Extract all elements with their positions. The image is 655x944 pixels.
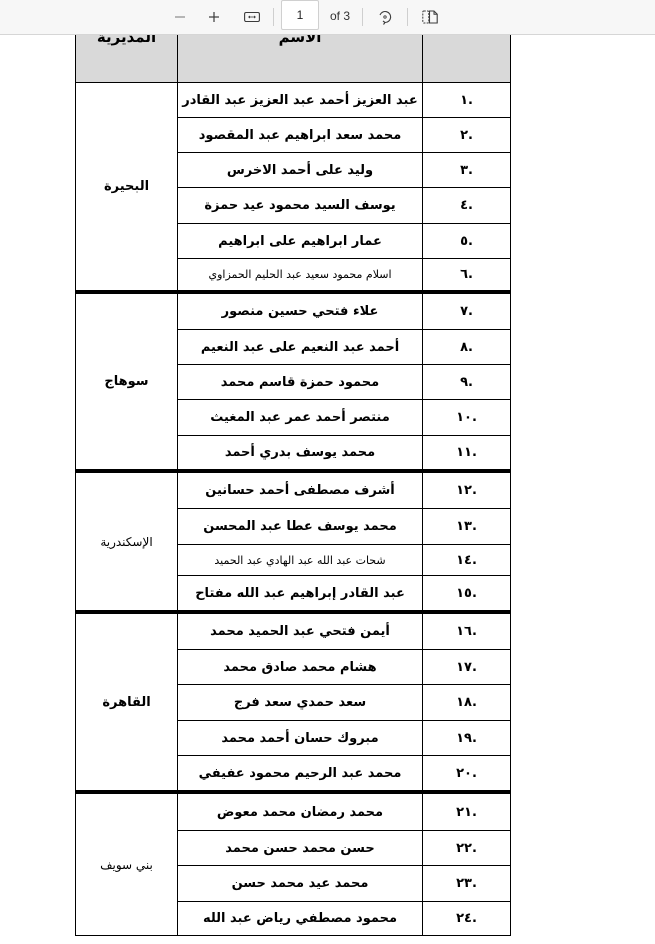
toolbar-divider	[407, 8, 408, 26]
name-cell: محمد يوسف بدري أحمد	[178, 436, 423, 469]
table-row: اسلام محمود سعيد عبد الحليم الحمزاوي.٦	[178, 259, 510, 290]
table-row: محمد عبد الرحيم محمود عفيفي.٢٠	[178, 756, 510, 790]
table-row: عبد العزيز أحمد عبد العزيز عبد القادر.١	[178, 83, 510, 118]
name-cell: وليد على أحمد الاخرس	[178, 153, 423, 187]
number-cell: .٤	[423, 188, 510, 223]
number-cell: .١	[423, 83, 510, 117]
table-row: محمود مصطفي رياض عبد الله.٢٤	[178, 902, 510, 935]
number-cell: .٢١	[423, 794, 510, 830]
name-cell: هشام محمد صادق محمد	[178, 650, 423, 684]
table-row: محمود حمزة قاسم محمد.٩	[178, 365, 510, 400]
number-cell: .١٢	[423, 473, 510, 508]
number-cell: .١٨	[423, 685, 510, 720]
name-cell: محمود مصطفي رياض عبد الله	[178, 902, 423, 935]
district-label: بني سويف	[100, 858, 153, 872]
number-cell: .١٤	[423, 545, 510, 575]
number-cell: .١٦	[423, 614, 510, 649]
district-label: البحيرة	[104, 179, 149, 194]
number-cell: .٣	[423, 153, 510, 187]
district-label: القاهرة	[102, 695, 150, 710]
pdf-toolbar: 1 of 3	[0, 0, 655, 35]
table-row: محمد يوسف عطا عبد المحسن.١٣	[178, 509, 510, 545]
number-cell: .٢٠	[423, 756, 510, 790]
fit-width-icon	[244, 11, 260, 23]
page-count-label: of 3	[330, 9, 350, 23]
table-row: علاء فتحي حسين منصور.٧	[178, 294, 510, 330]
name-cell: علاء فتحي حسين منصور	[178, 294, 423, 329]
two-page-icon	[422, 10, 438, 24]
number-cell: .١٧	[423, 650, 510, 684]
name-cell: محمد سعد ابراهيم عبد المقصود	[178, 118, 423, 152]
table-row: عبد القادر إبراهيم عبد الله مفتاح.١٥	[178, 576, 510, 610]
table-row: سعد حمدي سعد فرج.١٨	[178, 685, 510, 721]
name-cell: أحمد عبد النعيم على عبد النعيم	[178, 330, 423, 364]
number-cell: .١١	[423, 436, 510, 469]
table-row: شحات عبد الله عبد الهادي عبد الحميد.١٤	[178, 545, 510, 576]
number-cell: .٢	[423, 118, 510, 152]
name-cell: حسن محمد حسن محمد	[178, 831, 423, 865]
district-group: البحيرة عبد العزيز أحمد عبد العزيز عبد ا…	[76, 83, 510, 294]
name-cell: محمد رمضان محمد معوض	[178, 794, 423, 830]
zoom-in-button[interactable]	[204, 5, 224, 29]
district-group: القاهرة أيمن فتحي عبد الحميد محمد.١٦ هشا…	[76, 614, 510, 794]
name-cell: محمد عيد محمد حسن	[178, 866, 423, 901]
table-row: منتصر أحمد عمر عبد المغيث.١٠	[178, 400, 510, 436]
name-cell: محمد عبد الرحيم محمود عفيفي	[178, 756, 423, 790]
name-cell: عبد العزيز أحمد عبد العزيز عبد القادر	[178, 83, 423, 117]
table-row: أحمد عبد النعيم على عبد النعيم.٨	[178, 330, 510, 365]
toolbar-divider	[273, 8, 274, 26]
number-cell: .١٥	[423, 576, 510, 610]
number-cell: .٥	[423, 224, 510, 258]
table-row: وليد على أحمد الاخرس.٣	[178, 153, 510, 188]
zoom-out-button[interactable]	[170, 5, 190, 29]
district-cell: سوهاج	[76, 294, 178, 469]
fit-width-button[interactable]	[241, 5, 263, 29]
number-cell: .٢٢	[423, 831, 510, 865]
table-row: محمد رمضان محمد معوض.٢١	[178, 794, 510, 831]
number-cell: .٧	[423, 294, 510, 329]
table-row: محمد عيد محمد حسن.٢٣	[178, 866, 510, 902]
name-cell: شحات عبد الله عبد الهادي عبد الحميد	[178, 545, 423, 575]
table-row: محمد سعد ابراهيم عبد المقصود.٢	[178, 118, 510, 153]
number-cell: .٦	[423, 259, 510, 290]
number-cell: .٩	[423, 365, 510, 399]
name-cell: محمود حمزة قاسم محمد	[178, 365, 423, 399]
name-cell: مبروك حسان أحمد محمد	[178, 721, 423, 755]
header-number	[423, 35, 510, 82]
plus-icon	[208, 11, 220, 23]
name-cell: عمار ابراهيم على ابراهيم	[178, 224, 423, 258]
name-cell: سعد حمدي سعد فرج	[178, 685, 423, 720]
table-row: هشام محمد صادق محمد.١٧	[178, 650, 510, 685]
name-cell: أشرف مصطفى أحمد حسانين	[178, 473, 423, 508]
number-cell: .١٠	[423, 400, 510, 435]
name-cell: منتصر أحمد عمر عبد المغيث	[178, 400, 423, 435]
number-cell: .١٣	[423, 509, 510, 544]
district-group: بني سويف محمد رمضان محمد معوض.٢١ حسن محم…	[76, 794, 510, 936]
district-group: الإسكندرية أشرف مصطفى أحمد حسانين.١٢ محم…	[76, 473, 510, 614]
number-cell: .٨	[423, 330, 510, 364]
table-row: محمد يوسف بدري أحمد.١١	[178, 436, 510, 469]
minus-icon	[174, 11, 186, 23]
table-row: حسن محمد حسن محمد.٢٢	[178, 831, 510, 866]
table-row: مبروك حسان أحمد محمد.١٩	[178, 721, 510, 756]
header-district: المديرية	[76, 35, 178, 82]
name-cell: يوسف السيد محمود عيد حمزة	[178, 188, 423, 223]
number-cell: .٢٤	[423, 902, 510, 935]
table-header: المديرية الاسم	[76, 35, 510, 83]
district-label: سوهاج	[104, 374, 148, 389]
name-cell: أيمن فتحي عبد الحميد محمد	[178, 614, 423, 649]
table-row: يوسف السيد محمود عيد حمزة.٤	[178, 188, 510, 224]
rotate-button[interactable]	[374, 5, 396, 29]
page-number-input[interactable]: 1	[281, 0, 319, 30]
number-cell: .٢٣	[423, 866, 510, 901]
toolbar-divider	[362, 8, 363, 26]
table-row: أشرف مصطفى أحمد حسانين.١٢	[178, 473, 510, 509]
number-cell: .١٩	[423, 721, 510, 755]
rotate-icon	[377, 9, 393, 25]
table-row: أيمن فتحي عبد الحميد محمد.١٦	[178, 614, 510, 650]
header-name: الاسم	[178, 35, 423, 82]
pdf-page: المديرية الاسم البحيرة عبد العزيز أحمد ع…	[0, 35, 655, 944]
district-cell: البحيرة	[76, 83, 178, 290]
name-cell: عبد القادر إبراهيم عبد الله مفتاح	[178, 576, 423, 610]
district-label: الإسكندرية	[100, 535, 152, 549]
name-cell: اسلام محمود سعيد عبد الحليم الحمزاوي	[178, 259, 423, 290]
district-group: سوهاج علاء فتحي حسين منصور.٧ أحمد عبد ال…	[76, 294, 510, 473]
district-cell: بني سويف	[76, 794, 178, 935]
names-table: المديرية الاسم البحيرة عبد العزيز أحمد ع…	[75, 35, 511, 936]
district-cell: الإسكندرية	[76, 473, 178, 610]
table-row: عمار ابراهيم على ابراهيم.٥	[178, 224, 510, 259]
district-cell: القاهرة	[76, 614, 178, 790]
two-page-view-button[interactable]	[420, 5, 440, 29]
name-cell: محمد يوسف عطا عبد المحسن	[178, 509, 423, 544]
